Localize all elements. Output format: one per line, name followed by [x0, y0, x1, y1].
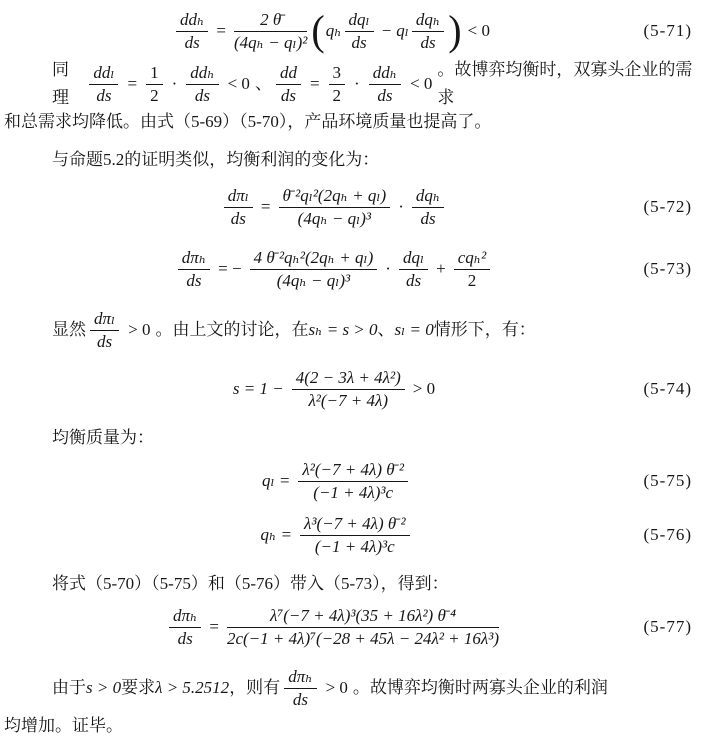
paragraph-line: 显然 dπₗ ds > 0 。由上文的讨论，在 sₕ = s > 0 、 sₗ … [4, 306, 704, 354]
math-term: qₗ = [262, 471, 290, 491]
equation-number: (5-77) [644, 617, 692, 637]
numerator: 3 [329, 63, 346, 85]
denominator: ds [224, 208, 253, 229]
fraction: dqₕ ds [412, 10, 444, 52]
numerator: ddₕ [176, 10, 208, 32]
numerator: λ⁷(−7 + 4λ)³(35 + 16λ²) θ̄ ⁴ [227, 606, 499, 628]
fraction: 1 2 [146, 63, 163, 105]
equals-sign: = [310, 70, 320, 98]
numerator: dqₗ [345, 10, 374, 32]
paragraph-line: 将式（5-70）（5-75）和（5-76）带入（5-73），得到： [4, 570, 704, 598]
denominator: ds [178, 270, 210, 291]
equation-5-71: ddₕ ds = 2 θ̄ (4qₕ − qₗ)² ( qₕ dqₗ ds − … [0, 8, 708, 54]
equals-sign: = [216, 21, 226, 41]
fraction: 4(2 − 3λ + 4λ²) λ²(−7 + 4λ) [292, 368, 405, 410]
text-run: 、 [378, 316, 395, 344]
text-run: 均衡质量为： [52, 428, 154, 447]
numerator: λ³(−7 + 4λ) θ̄ ² [300, 514, 410, 536]
text-run: 同理 [52, 56, 85, 112]
equation-number: (5-71) [644, 21, 692, 41]
numerator: dπₕ [169, 606, 201, 628]
math-term: sₕ = s > 0 [309, 316, 378, 344]
minus-sign: − [382, 21, 392, 41]
text-run: 。由上文的讨论，在 [156, 316, 309, 344]
dot-operator: · [398, 197, 404, 217]
text-run: 均增加。证毕。 [4, 716, 123, 735]
numerator: dπₕ [178, 248, 210, 270]
text-run: 和总需求均降低。由式（5-69）（5-70），产品环境质量也提高了。 [4, 112, 491, 131]
fraction: dπₕ ds [284, 667, 316, 709]
numerator: ddₕ [186, 63, 218, 85]
math-term: qₕ [326, 21, 342, 41]
math-term: s = 1 − [233, 379, 284, 399]
inequality: > 0 [128, 316, 150, 344]
numerator: 1 [146, 63, 163, 85]
math-term: sₗ = 0 [395, 316, 434, 344]
numerator: cqₕ² [454, 248, 491, 270]
numerator: 4 θ̄ ²qₕ²(2qₕ + qₗ) [250, 248, 378, 270]
numerator: dqₕ [412, 186, 444, 208]
equals-sign: = [209, 617, 219, 637]
equals-sign: = [127, 70, 137, 98]
text-run: ，则有 [229, 674, 280, 702]
inequality: < 0 [228, 70, 250, 98]
denominator: 2 [454, 270, 491, 291]
inequality: < 0 [468, 21, 490, 41]
text-run: 。故博弈均衡时两寡头企业的利润 [353, 674, 608, 702]
fraction: ddₕ ds [369, 63, 401, 105]
text-run: 、 [255, 70, 272, 98]
fraction: dπₕ ds [178, 248, 210, 290]
denominator: ds [345, 32, 374, 53]
denominator: ds [412, 32, 444, 53]
fraction: dqₗ ds [399, 248, 428, 290]
denominator: ds [276, 85, 301, 106]
fraction: θ̄ ²qₗ²(2qₕ + qₗ) (4qₕ − qₗ)³ [279, 186, 391, 228]
fraction: 4 θ̄ ²qₕ²(2qₕ + qₗ) (4qₕ − qₗ)³ [250, 248, 378, 290]
numerator: dqₗ [399, 248, 428, 270]
numerator: dd [276, 63, 301, 85]
numerator: θ̄ ²qₗ²(2qₕ + qₗ) [279, 186, 391, 208]
equation-5-77: dπₕ ds = λ⁷(−7 + 4λ)³(35 + 16λ²) θ̄ ⁴ 2c… [0, 604, 708, 650]
text-run: 情形下，有： [434, 316, 536, 344]
fraction: dπₗ ds [224, 186, 253, 228]
inequality: > 0 [326, 674, 348, 702]
equation-5-73: dπₕ ds = − 4 θ̄ ²qₕ²(2qₕ + qₗ) (4qₕ − qₗ… [0, 246, 708, 292]
denominator: λ²(−7 + 4λ) [292, 390, 405, 411]
equation-number: (5-73) [644, 259, 692, 279]
inequality: < 0 [410, 70, 432, 98]
equation-5-72: dπₗ ds = θ̄ ²qₗ²(2qₕ + qₗ) (4qₕ − qₗ)³ ·… [0, 184, 708, 230]
fraction: 3 2 [329, 63, 346, 105]
denominator: 2 [329, 85, 346, 106]
numerator: ddₕ [369, 63, 401, 85]
denominator: (4qₕ − qₗ)³ [250, 270, 378, 291]
paragraph-line: 均增加。证毕。 [4, 712, 704, 740]
equals-sign: = [261, 197, 271, 217]
plus-sign: + [436, 259, 446, 279]
text-run: 由于 [52, 674, 86, 702]
text-run: 显然 [52, 316, 86, 344]
fraction: λ⁷(−7 + 4λ)³(35 + 16λ²) θ̄ ⁴ 2c(−1 + 4λ)… [227, 606, 499, 648]
denominator: (4qₕ − qₗ)² [234, 32, 307, 53]
denominator: ds [90, 331, 119, 352]
text-run: 要求 [121, 674, 155, 702]
dot-operator: · [172, 70, 178, 98]
page: ddₕ ds = 2 θ̄ (4qₕ − qₗ)² ( qₕ dqₗ ds − … [0, 8, 708, 742]
equals-sign: = − [218, 259, 241, 279]
numerator: dπₗ [224, 186, 253, 208]
denominator: ds [369, 85, 401, 106]
text-run: 将式（5-70）（5-75）和（5-76）带入（5-73），得到： [52, 574, 449, 593]
denominator: ds [169, 628, 201, 649]
denominator: (−1 + 4λ)³c [298, 482, 408, 503]
denominator: ds [399, 270, 428, 291]
fraction: λ²(−7 + 4λ) θ̄ ² (−1 + 4λ)³c [298, 460, 408, 502]
numerator: 2 θ̄ [234, 10, 307, 32]
paragraph-line: 均衡质量为： [4, 424, 704, 452]
numerator: λ²(−7 + 4λ) θ̄ ² [298, 460, 408, 482]
fraction: λ³(−7 + 4λ) θ̄ ² (−1 + 4λ)³c [300, 514, 410, 556]
numerator: ddₗ [89, 63, 118, 85]
fraction: dqₕ ds [412, 186, 444, 228]
dot-operator: · [385, 259, 391, 279]
math-term: λ > 5.2512 [155, 674, 229, 702]
numerator: dπₗ [90, 309, 119, 331]
denominator: ds [89, 85, 118, 106]
fraction: cqₕ² 2 [454, 248, 491, 290]
numerator: dπₕ [284, 667, 316, 689]
equation-number: (5-76) [644, 525, 692, 545]
math-term: qₕ = [260, 525, 292, 545]
text-run: 。故博弈均衡时，双寡头企业的需求 [437, 56, 704, 112]
equation-number: (5-75) [644, 471, 692, 491]
dot-operator: · [354, 70, 360, 98]
denominator: (−1 + 4λ)³c [300, 536, 410, 557]
fraction: 2 θ̄ (4qₕ − qₗ)² [234, 10, 307, 52]
fraction: ddₕ ds [176, 10, 208, 52]
denominator: ds [186, 85, 218, 106]
equation-number: (5-74) [644, 379, 692, 399]
denominator: ds [284, 689, 316, 710]
math-term: s > 0 [86, 674, 121, 702]
paragraph-line: 同理 ddₗ ds = 1 2 · ddₕ ds < 0 、 dd ds = 3… [4, 60, 704, 108]
fraction: dπₗ ds [90, 309, 119, 351]
equation-number: (5-72) [644, 197, 692, 217]
denominator: ds [412, 208, 444, 229]
fraction: dd ds [276, 63, 301, 105]
fraction: ddₗ ds [89, 63, 118, 105]
denominator: 2c(−1 + 4λ)⁷(−28 + 45λ − 24λ² + 16λ³) [227, 628, 499, 649]
inequality: > 0 [413, 379, 435, 399]
numerator: 4(2 − 3λ + 4λ²) [292, 368, 405, 390]
denominator: (4qₕ − qₗ)³ [279, 208, 391, 229]
paragraph-line: 和总需求均降低。由式（5-69）（5-70），产品环境质量也提高了。 [4, 108, 704, 136]
denominator: ds [176, 32, 208, 53]
math-term: qₗ [396, 21, 409, 41]
paragraph-line: 与命题5.2的证明类似，均衡利润的变化为： [4, 146, 704, 174]
paragraph-line: 由于 s > 0 要求 λ > 5.2512 ，则有 dπₕ ds > 0 。故… [4, 664, 704, 712]
equation-5-74: s = 1 − 4(2 − 3λ + 4λ²) λ²(−7 + 4λ) > 0 … [0, 366, 708, 412]
fraction: dqₗ ds [345, 10, 374, 52]
numerator: dqₕ [412, 10, 444, 32]
text-run: 与命题5.2的证明类似，均衡利润的变化为： [52, 150, 379, 169]
denominator: 2 [146, 85, 163, 106]
fraction: ddₕ ds [186, 63, 218, 105]
equation-5-75: qₗ = λ²(−7 + 4λ) θ̄ ² (−1 + 4λ)³c (5-75) [0, 458, 708, 504]
fraction: dπₕ ds [169, 606, 201, 648]
equation-5-76: qₕ = λ³(−7 + 4λ) θ̄ ² (−1 + 4λ)³c (5-76) [0, 512, 708, 558]
